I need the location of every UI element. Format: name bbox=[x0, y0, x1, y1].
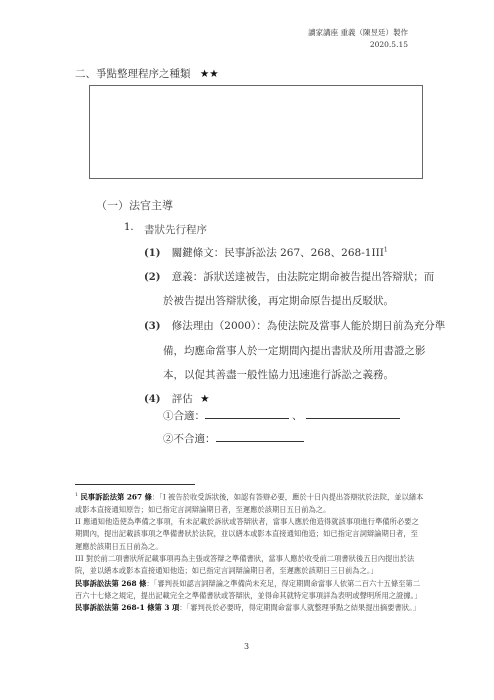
section-title: 二、爭點整理程序之種類 ★★ bbox=[75, 66, 219, 81]
subsection-title: （一）法官主導 bbox=[96, 197, 173, 213]
unsuitable-label: ②不合適： bbox=[163, 433, 216, 445]
statute-paragraph-2: II 應通知他造使為準備之事項，有未記載於訴狀或答辯狀者，當事人應於他造得就該事… bbox=[75, 516, 425, 553]
subitem-text: 意義：訴狀送達被告，由法院定期命被告提出答辯狀；而 bbox=[172, 271, 435, 283]
statute-reference: 民事訴訟法 267、268、268-1III bbox=[224, 247, 384, 259]
subitem-text: 修法理由（2000）：為使法院及當事人能於期日前為充分準 bbox=[172, 320, 445, 332]
document-header: 讀家講座 重義（陳昱廷）製作 2020.5.15 bbox=[308, 27, 408, 51]
statute-name: 民事訴訟法第 267 條 bbox=[81, 492, 152, 501]
subitem-number: (3) bbox=[144, 321, 160, 332]
header-author: 讀家講座 重義（陳昱廷）製作 bbox=[308, 27, 408, 39]
footnote-ref[interactable]: 1 bbox=[384, 247, 388, 254]
footnotes: 1 民事訴訟法第 267 條：「I 被告於收受訴狀後，如認有答辯必要，應於十日內… bbox=[75, 489, 425, 614]
subitem-3-cont2: 本，以促其善盡一般性協力迅速進行訴訟之義務。 bbox=[163, 367, 394, 382]
subitem-label: 評估 bbox=[172, 393, 193, 405]
suitable-blank-2[interactable] bbox=[306, 408, 400, 419]
subitem-2-cont: 於被告提出答辯狀後，再定期命原告提出反駁狀。 bbox=[163, 293, 394, 308]
subitem-1: (1) 關鍵條文：民事訴訟法 267、268、268-1III1 bbox=[144, 245, 388, 260]
suitable-blank-1[interactable] bbox=[205, 408, 289, 419]
subitem-number: (2) bbox=[144, 272, 160, 283]
statute-paragraph-3: III 對於前二項書狀所記載事項再為主張或答辯之準備書狀，當事人應於收受前二項書… bbox=[75, 553, 425, 578]
blank-answer-box bbox=[89, 85, 423, 179]
subitem-3-cont: 備，均應命當事人於一定期間內提出書狀及所用書證之影 bbox=[163, 343, 426, 358]
footnote-268-1: 民事訴訟法第 268-1 條第 3 項：「審判長於必要時，得定期間命當事人就整理… bbox=[75, 602, 425, 614]
footnote-1: 1 民事訴訟法第 267 條：「I 被告於收受訴狀後，如認有答辯必要，應於十日內… bbox=[75, 489, 425, 516]
footnote-marker: 1 bbox=[75, 492, 78, 498]
importance-stars-icon: ★★ bbox=[200, 68, 219, 80]
unsuitable-blank[interactable] bbox=[216, 431, 304, 442]
subitem-number: (1) bbox=[144, 248, 160, 259]
statute-name: 民事訴訟法第 268 條 bbox=[75, 579, 146, 588]
footnote-divider bbox=[75, 484, 195, 485]
suitable-row: ①合適：、 bbox=[163, 408, 400, 423]
subitem-2: (2) 意義：訴狀送達被告，由法院定期命被告提出答辯狀；而 bbox=[144, 269, 434, 284]
separator: 、 bbox=[292, 410, 303, 422]
subitem-number: (4) bbox=[144, 394, 160, 405]
statute-name: 民事訴訟法第 268-1 條第 3 項 bbox=[75, 603, 179, 612]
subitem-4: (4) 評估 ★ bbox=[144, 391, 210, 406]
section-title-text: 二、爭點整理程序之種類 bbox=[75, 68, 191, 80]
item-title: 書狀先行程序 bbox=[144, 222, 207, 237]
item-number: 1. bbox=[124, 222, 134, 233]
subitem-label: 關鍵條文： bbox=[172, 247, 225, 259]
subitem-3: (3) 修法理由（2000）：為使法院及當事人能於期日前為充分準 bbox=[144, 318, 445, 333]
page-number: 3 bbox=[244, 642, 249, 651]
footnote-268: 民事訴訟法第 268 條：「審判長如認言詞辯論之準備尚未充足，得定期間命當事人依… bbox=[75, 578, 425, 603]
header-date: 2020.5.15 bbox=[308, 39, 408, 51]
unsuitable-row: ②不合適： bbox=[163, 431, 304, 446]
statute-text: ：「審判長於必要時，得定期間命當事人就整理爭點之結果提出摘要書狀。」 bbox=[179, 603, 420, 612]
suitable-label: ①合適： bbox=[163, 410, 205, 422]
star-icon: ★ bbox=[200, 393, 209, 405]
